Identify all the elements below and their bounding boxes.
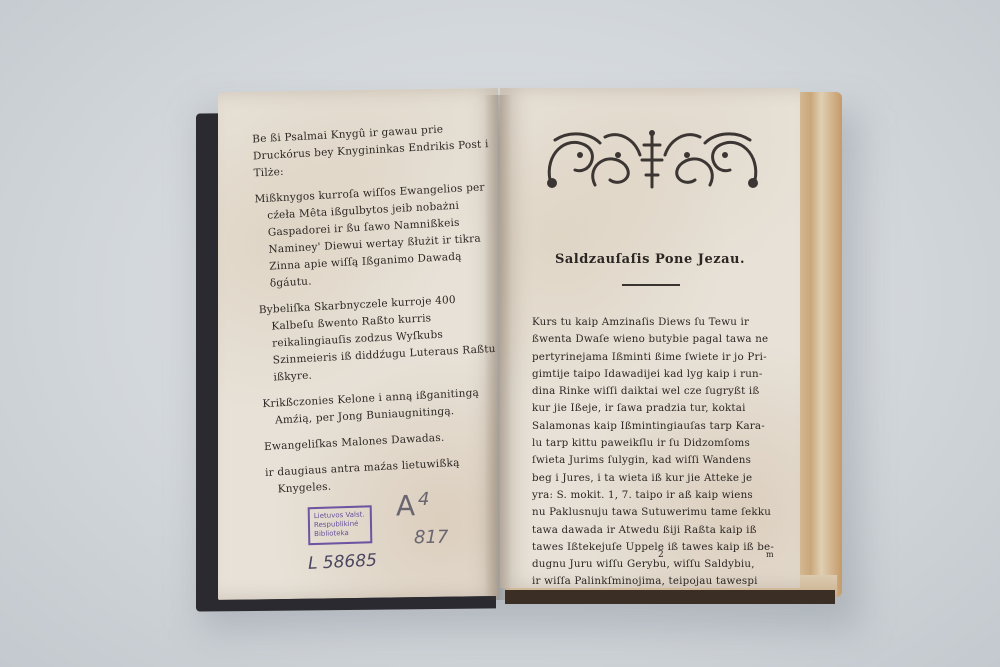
text-line: kur jie Ißeje, ir ſawa pradzia tur, kokt… bbox=[532, 400, 780, 417]
handwritten-call-number: L 58685 bbox=[308, 551, 378, 574]
right-page-body: Kurs tu kaip Amzinaſis Diews ſu Tewu ir … bbox=[532, 314, 780, 591]
text-line: dugnu Juru wiſſu Gerybu, wiſſu Saldybiu, bbox=[532, 556, 780, 573]
text-line: beg i Jures, i ta wieta iß kur jie Attek… bbox=[532, 470, 780, 487]
book-entry: ir daugiaus antra maźas lietuwißką Knyge… bbox=[265, 453, 502, 499]
book-cover-right-edge bbox=[505, 590, 835, 604]
text-line: lu tarp kittu paweikſlu ir ſu Didzomſoms bbox=[532, 435, 780, 452]
book-entry: Ewangeliſkas Malones Dawadas. bbox=[264, 427, 500, 456]
text-line: ir wiſſa Palinkſminojima, teipojau tawes… bbox=[532, 573, 780, 590]
text-line: pertyrinejama Ißminti ßime ſwiete ir jo … bbox=[532, 349, 780, 366]
handwritten-shelf-number-top: 4 bbox=[418, 489, 429, 510]
library-stamp: Lietuvos Valst. Respublikinė Biblioteka bbox=[308, 505, 373, 545]
text-line: Salamonas kaip Ißmintingiauſas tarp Kara… bbox=[532, 418, 780, 435]
text-line: ßwenta Dwaſe wieno butybie pagal tawa ne bbox=[532, 331, 780, 348]
title-divider bbox=[622, 284, 680, 286]
text-line: tawa dawada ir Atwedu ßiji Raßta kaip iß bbox=[532, 522, 780, 539]
right-page: Saldzauſaſis Pone Jezau. Kurs tu kaip Am… bbox=[500, 88, 800, 588]
text-line: nu Paklusnuju tawa Sutuwerimu tame ſekku bbox=[532, 504, 780, 521]
handwritten-shelf-number-bottom: 817 bbox=[414, 527, 448, 548]
text-line: tawes Ißtekejuſe Uppele iß tawes kaip iß… bbox=[532, 539, 780, 556]
text-line: dina Rinke wiſſi daiktai wel cze ſugryßt… bbox=[532, 383, 780, 400]
handwritten-shelf-letter: A bbox=[396, 489, 415, 522]
book-entry: Mißknygos kurroſa wiſſos Ewangelios per … bbox=[254, 179, 494, 293]
book-entry: Krikßczonies Kelone i anną ißganitingą A… bbox=[262, 384, 499, 430]
intro-paragraph: Be ßi Psalmai Knygû ir gawau prie Druckó… bbox=[252, 119, 490, 182]
text-line: yra: S. mokit. 1, 7. taipo ir aß kaip wi… bbox=[532, 487, 780, 504]
left-page-text: Be ßi Psalmai Knygû ir gawau prie Druckó… bbox=[252, 119, 502, 508]
left-page: Be ßi Psalmai Knygû ir gawau prie Druckó… bbox=[218, 88, 498, 600]
text-line: Kurs tu kaip Amzinaſis Diews ſu Tewu ir bbox=[532, 314, 780, 331]
book-entry: Bybeliſka Skarbnyczele kurroje 400 Kalbe… bbox=[259, 290, 498, 387]
text-line: ſwieta Jurims ſulygin, kad wiſſi Wandens bbox=[532, 452, 780, 469]
text-line: gimtije taipo Idawadijei kad lyg kaip i … bbox=[532, 366, 780, 383]
page-title: Saldzauſaſis Pone Jezau. bbox=[500, 252, 800, 267]
open-book: Be ßi Psalmai Knygû ir gawau prie Druckó… bbox=[0, 0, 1000, 667]
floral-headpiece-icon bbox=[540, 125, 765, 195]
book-gutter bbox=[484, 95, 512, 600]
catchword: m bbox=[766, 550, 774, 559]
stamp-line: Biblioteka bbox=[314, 528, 366, 539]
page-number: 2 bbox=[658, 550, 664, 560]
